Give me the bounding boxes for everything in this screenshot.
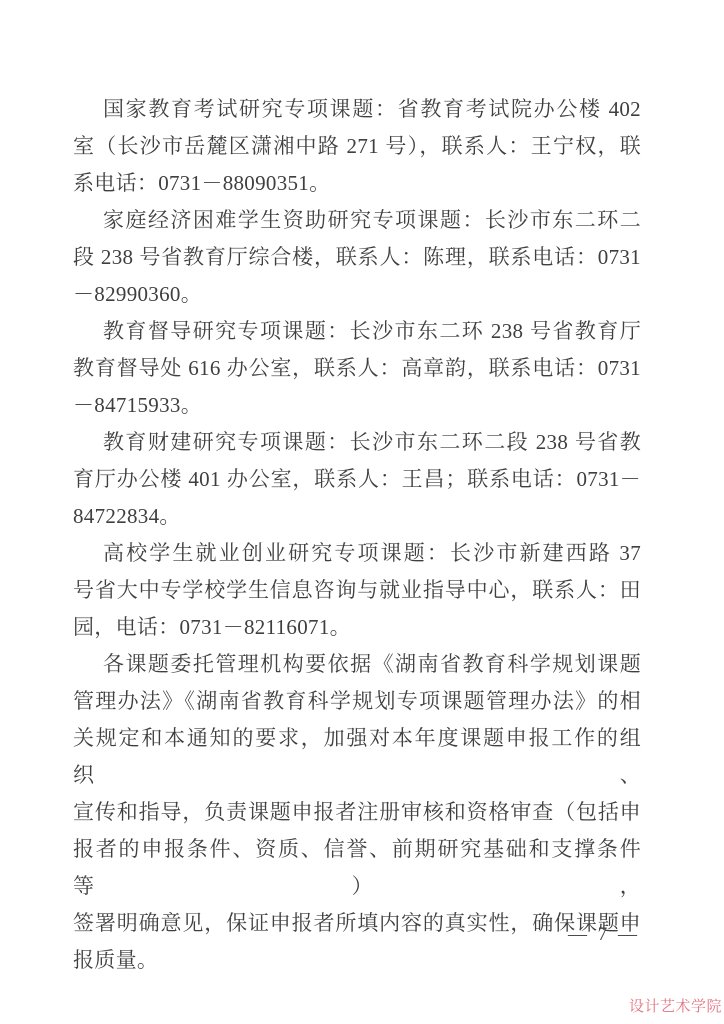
- text-line: 段 238 号省教育厅综合楼，联系人：陈理，联系电话：0731: [73, 239, 641, 276]
- text-line: 教育督导处 616 办公室，联系人：高章韵，联系电话：0731: [73, 350, 641, 387]
- text-line: 管理办法》《湖南省教育科学规划专项课题管理办法》的相: [73, 683, 641, 720]
- text-line: 国家教育考试研究专项课题：省教育考试院办公楼 402: [73, 91, 641, 128]
- text-line: 教育督导研究专项课题：长沙市东二环 238 号省教育厅: [73, 313, 641, 350]
- page-number: — 7 —: [568, 924, 638, 946]
- paragraph: 教育财建研究专项课题：长沙市东二环二段 238 号省教育厅办公楼 401 办公室…: [73, 424, 641, 535]
- text-line: 各课题委托管理机构要依据《湖南省教育科学规划课题: [73, 646, 641, 683]
- document-body: 国家教育考试研究专项课题：省教育考试院办公楼 402室（长沙市岳麓区潇湘中路 2…: [73, 91, 641, 979]
- paragraph: 国家教育考试研究专项课题：省教育考试院办公楼 402室（长沙市岳麓区潇湘中路 2…: [73, 91, 641, 202]
- text-line: 号省大中专学校学生信息咨询与就业指导中心，联系人：田: [73, 572, 641, 609]
- text-line: 签署明确意见，保证申报者所填内容的真实性，确保课题申: [73, 905, 641, 942]
- text-line: 高校学生就业创业研究专项课题：长沙市新建西路 37: [73, 535, 641, 572]
- text-line: 园，电话：0731－82116071。: [73, 609, 641, 646]
- text-line: 报者的申报条件、资质、信誉、前期研究基础和支撑条件等），: [73, 831, 641, 905]
- paragraph: 教育督导研究专项课题：长沙市东二环 238 号省教育厅教育督导处 616 办公室…: [73, 313, 641, 424]
- text-line: 家庭经济困难学生资助研究专项课题：长沙市东二环二: [73, 202, 641, 239]
- watermark: 设计艺术学院: [629, 995, 722, 1016]
- text-line: 关规定和本通知的要求，加强对本年度课题申报工作的组织、: [73, 720, 641, 794]
- text-line: －84715933。: [73, 387, 641, 424]
- text-line: 教育财建研究专项课题：长沙市东二环二段 238 号省教: [73, 424, 641, 461]
- text-line: 系电话：0731－88090351。: [73, 165, 641, 202]
- document-page: 国家教育考试研究专项课题：省教育考试院办公楼 402室（长沙市岳麓区潇湘中路 2…: [0, 0, 724, 1024]
- paragraph: 家庭经济困难学生资助研究专项课题：长沙市东二环二段 238 号省教育厅综合楼，联…: [73, 202, 641, 313]
- text-line: －82990360。: [73, 276, 641, 313]
- text-line: 宣传和指导，负责课题申报者注册审核和资格审查（包括申: [73, 794, 641, 831]
- paragraph: 高校学生就业创业研究专项课题：长沙市新建西路 37号省大中专学校学生信息咨询与就…: [73, 535, 641, 646]
- paragraph: 各课题委托管理机构要依据《湖南省教育科学规划课题管理办法》《湖南省教育科学规划专…: [73, 646, 641, 979]
- text-line: 室（长沙市岳麓区潇湘中路 271 号），联系人：王宁权，联: [73, 128, 641, 165]
- text-line: 育厅办公楼 401 办公室，联系人：王昌；联系电话：0731－: [73, 461, 641, 498]
- text-line: 报质量。: [73, 942, 641, 979]
- text-line: 84722834。: [73, 498, 641, 535]
